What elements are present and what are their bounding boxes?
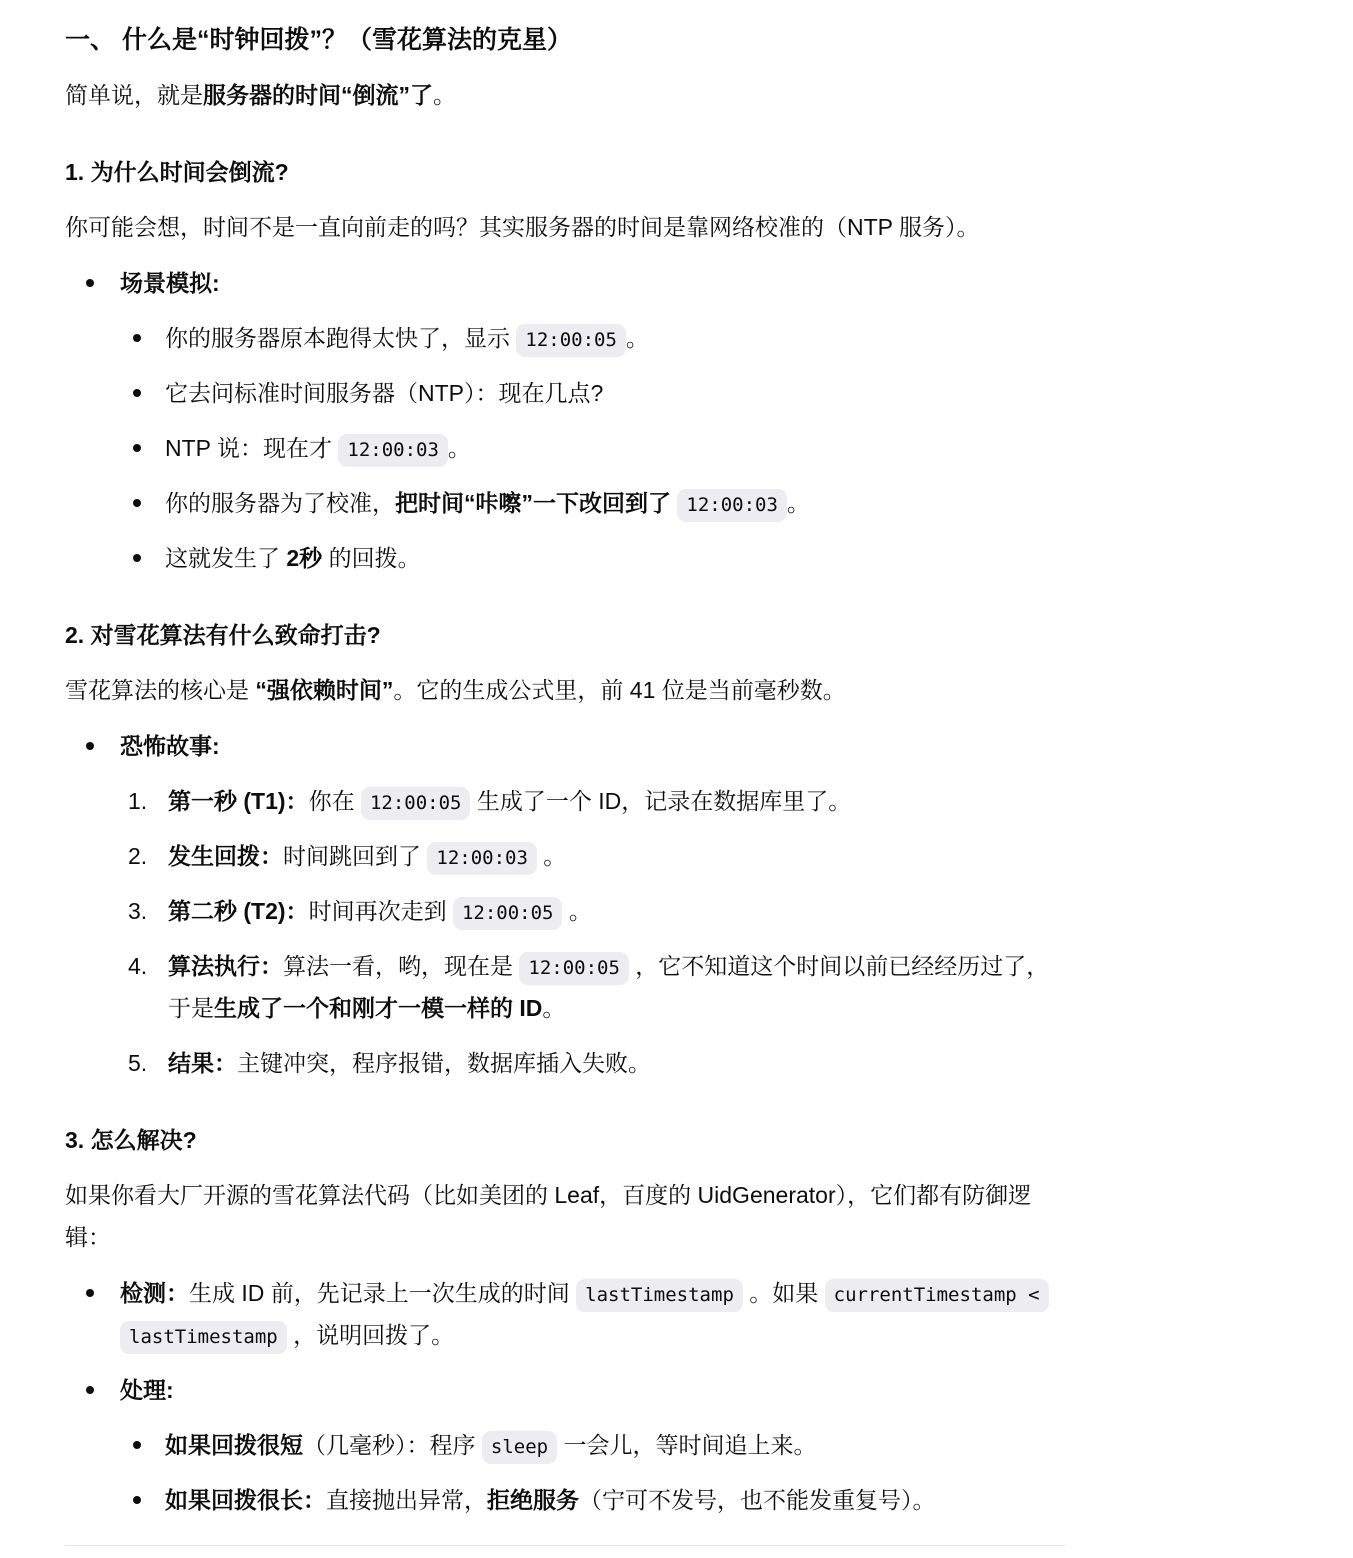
list-item-text: 检测：生成 ID 前，先记录上一次生成的时间 lastTimestamp 。如果… <box>120 1280 1049 1348</box>
text-run: 。 <box>433 82 456 108</box>
list-item-text: 场景模拟: <box>120 270 220 296</box>
document: 一、 什么是“时钟回拨”？（雪花算法的克星）简单说，就是服务器的时间“倒流”了。… <box>0 0 1065 1558</box>
text-run: 。 <box>448 435 471 461</box>
text-run: 。如果 <box>743 1280 825 1306</box>
bold-text: 检测： <box>120 1280 189 1306</box>
text-run: 这就发生了 <box>165 545 286 571</box>
list-item-text: 第二秒 (T2)：时间再次走到 12:00:05 。 <box>168 898 592 924</box>
bold-text: 第二秒 (T2)： <box>168 898 309 924</box>
text-run: 主键冲突，程序报错，数据库插入失败。 <box>237 1050 651 1076</box>
list-item-text: 第一秒 (T1)：你在 12:00:05 生成了一个 ID，记录在数据库里了。 <box>168 788 851 814</box>
bullet-dot <box>133 1496 141 1504</box>
inline-code: 12:00:05 <box>516 324 626 357</box>
list-item: NTP 说：现在才 12:00:03。 <box>120 427 1065 469</box>
text-run: 你在 <box>309 788 361 814</box>
bullet-list: 如果回拨很短（几毫秒）：程序 sleep 一会儿，等时间追上来。如果回拨很长：直… <box>120 1424 1065 1521</box>
inline-code: 12:00:03 <box>338 434 448 467</box>
bullet-dot <box>133 444 141 452</box>
inline-code: 12:00:05 <box>453 897 563 930</box>
section-heading: 2. 对雪花算法有什么致命打击? <box>65 615 1065 655</box>
list-item: 场景模拟:你的服务器原本跑得太快了，显示 12:00:05。它去问标准时间服务器… <box>65 262 1065 579</box>
list-number: 5. <box>128 1042 147 1084</box>
list-item-text: 处理: <box>120 1377 174 1403</box>
list-item: 检测：生成 ID 前，先记录上一次生成的时间 lastTimestamp 。如果… <box>65 1272 1065 1356</box>
text-run: 你的服务器为了校准， <box>165 490 395 516</box>
inline-code: sleep <box>482 1431 557 1464</box>
text-run: 时间再次走到 <box>309 898 453 924</box>
text-run: 你的服务器原本跑得太快了，显示 <box>165 325 516 351</box>
bullet-dot <box>86 742 94 750</box>
list-item: 5.结果：主键冲突，程序报错，数据库插入失败。 <box>120 1042 1065 1084</box>
list-item: 2.发生回拨：时间跳回到了 12:00:03 。 <box>120 835 1065 877</box>
list-item-text: 如果回拨很短（几毫秒）：程序 sleep 一会儿，等时间追上来。 <box>165 1432 816 1458</box>
text-run: 。它的生成公式里，前 41 位是当前毫秒数。 <box>393 677 845 703</box>
bullet-dot <box>86 1386 94 1394</box>
list-number: 2. <box>128 835 147 877</box>
paragraph: 简单说，就是服务器的时间“倒流”了。 <box>65 74 1065 116</box>
section-heading: 3. 怎么解决? <box>65 1120 1065 1160</box>
paragraph: 雪花算法的核心是 “强依赖时间”。它的生成公式里，前 41 位是当前毫秒数。 <box>65 669 1065 711</box>
text-run: 。 <box>562 898 591 924</box>
ordered-list: 1.第一秒 (T1)：你在 12:00:05 生成了一个 ID，记录在数据库里了… <box>120 780 1065 1084</box>
list-number: 4. <box>128 945 147 987</box>
bullet-list: 你的服务器原本跑得太快了，显示 12:00:05。它去问标准时间服务器（NTP）… <box>120 317 1065 579</box>
list-item: 这就发生了 2秒 的回拨。 <box>120 537 1065 579</box>
text-run: 生成了一个 ID，记录在数据库里了。 <box>470 788 851 814</box>
paragraph: 如果你看大厂开源的雪花算法代码（比如美团的 Leaf，百度的 UidGenera… <box>65 1174 1065 1258</box>
list-item: 你的服务器为了校准，把时间“咔嚓”一下改回到了 12:00:03。 <box>120 482 1065 524</box>
text-run: 一会儿，等时间追上来。 <box>557 1432 816 1458</box>
text-run: 2. 对雪花算法有什么致命打击? <box>65 622 381 648</box>
list-item: 它去问标准时间服务器（NTP）：现在几点? <box>120 372 1065 414</box>
list-item: 你的服务器原本跑得太快了，显示 12:00:05。 <box>120 317 1065 359</box>
text-run: 。 <box>537 843 566 869</box>
list-item: 如果回拨很长：直接抛出异常，拒绝服务（宁可不发号，也不能发重复号）。 <box>120 1479 1065 1521</box>
bold-text: 拒绝服务 <box>487 1487 579 1513</box>
bullet-dot <box>133 389 141 397</box>
bold-text: 把时间“咔嚓”一下改回到了 <box>395 490 671 516</box>
inline-code: 12:00:03 <box>427 842 537 875</box>
list-item-text: 结果：主键冲突，程序报错，数据库插入失败。 <box>168 1050 651 1076</box>
list-number: 1. <box>128 780 147 822</box>
list-item-text: 恐怖故事: <box>120 733 220 759</box>
list-item-text: 你的服务器为了校准，把时间“咔嚓”一下改回到了 12:00:03。 <box>165 490 810 516</box>
text-run: 。 <box>626 325 649 351</box>
text-run: 它去问标准时间服务器（NTP）：现在几点? <box>165 380 603 406</box>
inline-code: 12:00:05 <box>361 787 471 820</box>
text-run: 。 <box>542 995 565 1021</box>
text-run: 你可能会想，时间不是一直向前走的吗？其实服务器的时间是靠网络校准的（NTP 服务… <box>65 214 979 240</box>
bold-text: 场景模拟: <box>120 270 220 296</box>
bold-text: 恐怖故事: <box>120 733 220 759</box>
list-item-text: 它去问标准时间服务器（NTP）：现在几点? <box>165 380 603 406</box>
bold-text: 结果： <box>168 1050 237 1076</box>
bullet-dot <box>86 279 94 287</box>
text-run: NTP 说：现在才 <box>165 435 338 461</box>
bullet-dot <box>133 499 141 507</box>
bold-text: 2秒 <box>286 545 322 571</box>
inline-code: 12:00:03 <box>677 489 787 522</box>
bold-text: 服务器的时间“倒流”了 <box>203 82 433 108</box>
bold-text: 生成了一个和刚才一模一样的 ID <box>214 995 542 1021</box>
bullet-dot <box>133 554 141 562</box>
list-item-text: 算法执行：算法一看，哟，现在是 12:00:05 ，它不知道这个时间以前已经经历… <box>168 953 1049 1021</box>
text-run: 1. 为什么时间会倒流? <box>65 159 289 185</box>
text-run: （几毫秒）：程序 <box>303 1432 482 1458</box>
text-run: 算法一看，哟，现在是 <box>283 953 519 979</box>
bold-text: “强依赖时间” <box>255 677 393 703</box>
list-item: 4.算法执行：算法一看，哟，现在是 12:00:05 ，它不知道这个时间以前已经… <box>120 945 1065 1029</box>
text-run: 生成 ID 前，先记录上一次生成的时间 <box>189 1280 576 1306</box>
list-item: 1.第一秒 (T1)：你在 12:00:05 生成了一个 ID，记录在数据库里了… <box>120 780 1065 822</box>
text-run: 如果你看大厂开源的雪花算法代码（比如美团的 Leaf，百度的 UidGenera… <box>65 1182 1031 1250</box>
text-run: 时间跳回到了 <box>283 843 427 869</box>
section-heading: 1. 为什么时间会倒流? <box>65 152 1065 192</box>
bullet-dot <box>86 1289 94 1297</box>
list-item: 处理:如果回拨很短（几毫秒）：程序 sleep 一会儿，等时间追上来。如果回拨很… <box>65 1369 1065 1521</box>
divider <box>65 1545 1065 1546</box>
bullet-dot <box>133 334 141 342</box>
bold-text: 算法执行： <box>168 953 283 979</box>
text-run: ，说明回拨了。 <box>287 1322 454 1348</box>
bold-text: 处理: <box>120 1377 174 1403</box>
bold-text: 发生回拨： <box>168 843 283 869</box>
bullet-dot <box>133 1441 141 1449</box>
inline-code: lastTimestamp <box>576 1279 743 1312</box>
paragraph: 你可能会想，时间不是一直向前走的吗？其实服务器的时间是靠网络校准的（NTP 服务… <box>65 206 1065 248</box>
text-run: 。 <box>787 490 810 516</box>
inline-code: 12:00:05 <box>519 952 629 985</box>
list-item: 如果回拨很短（几毫秒）：程序 sleep 一会儿，等时间追上来。 <box>120 1424 1065 1466</box>
text-run: 一、 什么是“时钟回拨”？（雪花算法的克星） <box>65 26 572 54</box>
bold-text: 如果回拨很长： <box>165 1487 326 1513</box>
list-item: 3.第二秒 (T2)：时间再次走到 12:00:05 。 <box>120 890 1065 932</box>
document-title: 一、 什么是“时钟回拨”？（雪花算法的克星） <box>65 20 1065 60</box>
text-run: 直接抛出异常， <box>326 1487 487 1513</box>
bold-text: 如果回拨很短 <box>165 1432 303 1458</box>
list-number: 3. <box>128 890 147 932</box>
list-item: 恐怖故事:1.第一秒 (T1)：你在 12:00:05 生成了一个 ID，记录在… <box>65 725 1065 1084</box>
list-item-text: 这就发生了 2秒 的回拨。 <box>165 545 421 571</box>
bullet-list: 恐怖故事:1.第一秒 (T1)：你在 12:00:05 生成了一个 ID，记录在… <box>65 725 1065 1084</box>
text-run: 雪花算法的核心是 <box>65 677 255 703</box>
text-run: 的回拨。 <box>322 545 420 571</box>
list-item-text: 如果回拨很长：直接抛出异常，拒绝服务（宁可不发号，也不能发重复号）。 <box>165 1487 936 1513</box>
text-run: 3. 怎么解决? <box>65 1127 197 1153</box>
bullet-list: 场景模拟:你的服务器原本跑得太快了，显示 12:00:05。它去问标准时间服务器… <box>65 262 1065 579</box>
list-item-text: 你的服务器原本跑得太快了，显示 12:00:05。 <box>165 325 649 351</box>
text-run: （宁可不发号，也不能发重复号）。 <box>579 1487 936 1513</box>
text-run: 简单说，就是 <box>65 82 203 108</box>
bullet-list: 检测：生成 ID 前，先记录上一次生成的时间 lastTimestamp 。如果… <box>65 1272 1065 1521</box>
list-item-text: 发生回拨：时间跳回到了 12:00:03 。 <box>168 843 566 869</box>
list-item-text: NTP 说：现在才 12:00:03。 <box>165 435 471 461</box>
bold-text: 第一秒 (T1)： <box>168 788 309 814</box>
